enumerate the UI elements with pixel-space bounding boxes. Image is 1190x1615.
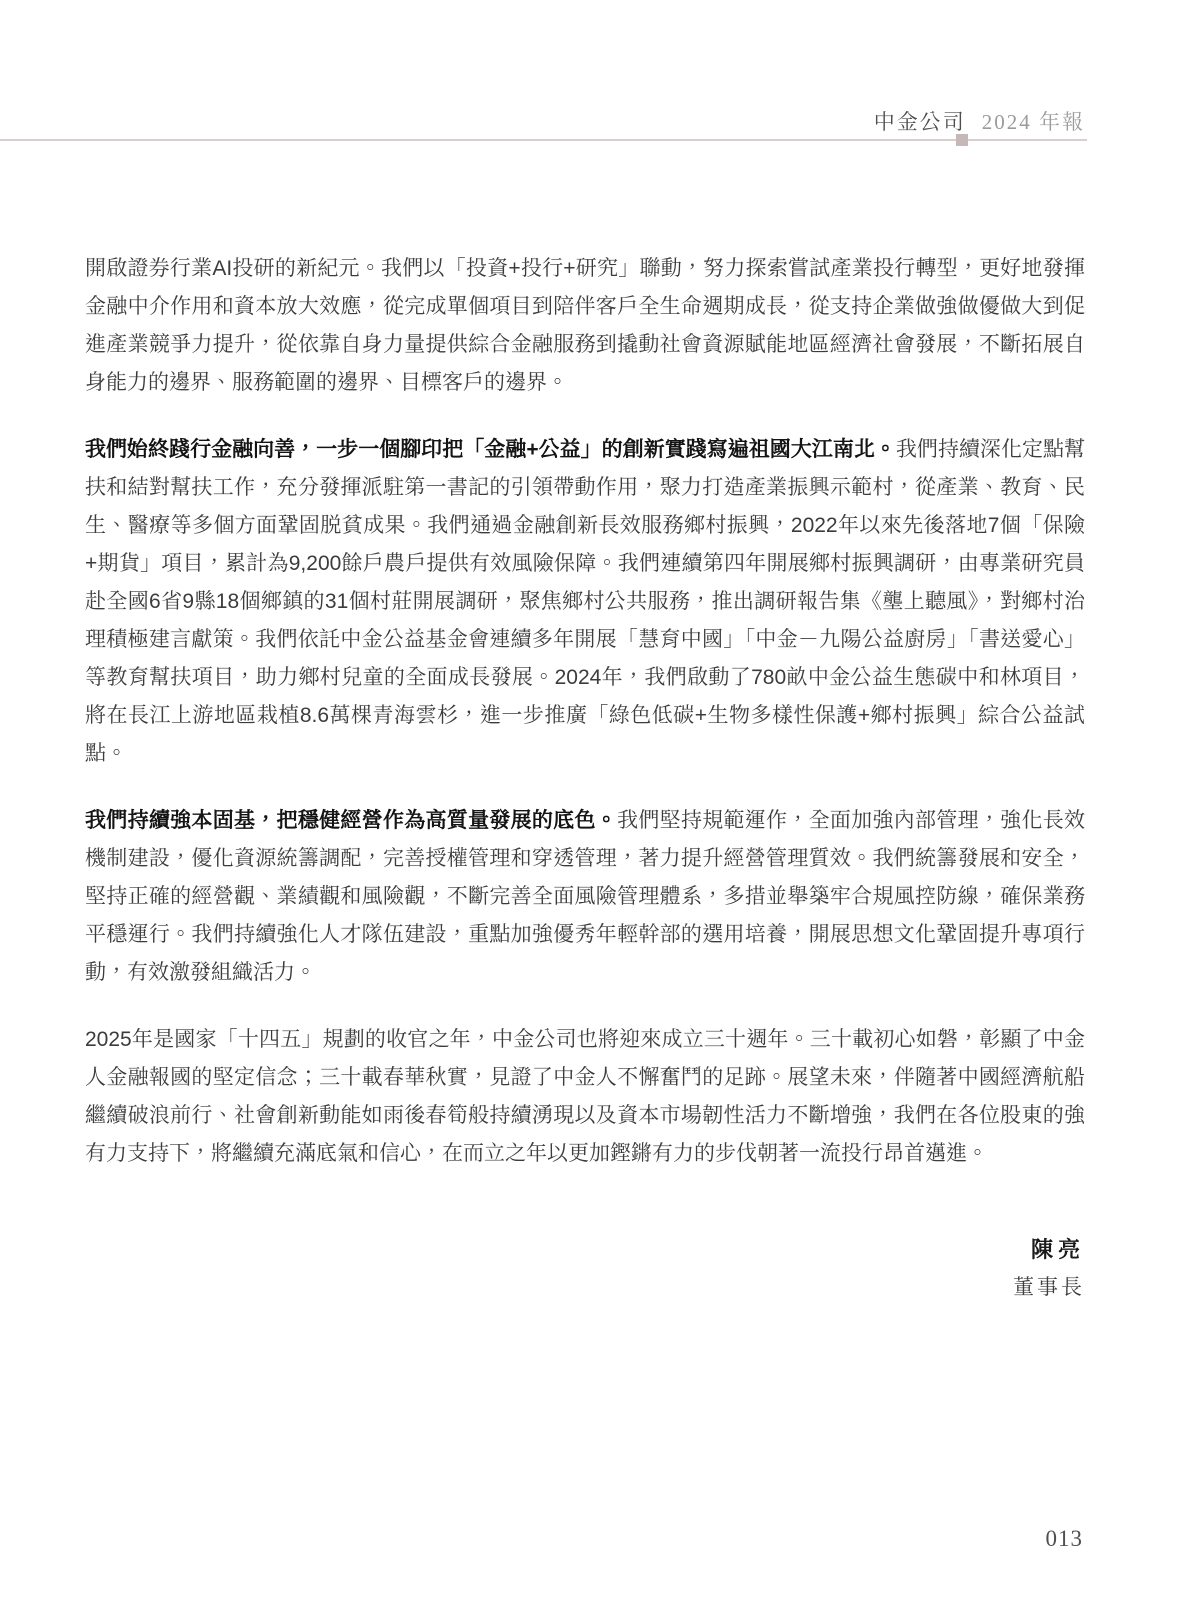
paragraph-lead: 我們始終踐行金融向善，一步一個腳印把「金融+公益」的創新實踐寫遍祖國大江南北。 — [85, 438, 896, 461]
signature-block: 陳亮 董事長 — [85, 1231, 1085, 1307]
paragraph-lead: 我們持續強本固基，把穩健經營作為高質量發展的底色。 — [85, 809, 617, 832]
header-company-name: 中金公司 — [874, 110, 966, 134]
chairman-title: 董事長 — [85, 1269, 1085, 1307]
annual-report-page: 中金公司2024 年報 開啟證券行業AI投研的新紀元。我們以「投資+投行+研究」… — [0, 0, 1190, 1615]
paragraph-body: 開啟證券行業AI投研的新紀元。我們以「投資+投行+研究」聯動，努力探索嘗試產業投… — [85, 257, 1085, 394]
page-number: 013 — [1046, 1526, 1084, 1552]
paragraph-solid-foundation: 我們持續強本固基，把穩健經營作為高質量發展的底色。我們堅持規範運作，全面加強內部… — [85, 802, 1085, 992]
header-rule-square-marker — [956, 134, 968, 146]
letter-body: 開啟證券行業AI投研的新紀元。我們以「投資+投行+研究」聯動，努力探索嘗試產業投… — [85, 250, 1085, 1307]
paragraph-body: 2025年是國家「十四五」規劃的收官之年，中金公司也將迎來成立三十週年。三十載初… — [85, 1028, 1085, 1165]
running-header: 中金公司2024 年報 — [874, 106, 1085, 136]
paragraph-body: 我們堅持規範運作，全面加強內部管理，強化長效機制建設，優化資源統籌調配，完善授權… — [85, 809, 1085, 984]
paragraph-ai-research: 開啟證券行業AI投研的新紀元。我們以「投資+投行+研究」聯動，努力探索嘗試產業投… — [85, 250, 1085, 402]
chairman-name: 陳亮 — [85, 1231, 1085, 1269]
header-rule-line — [0, 139, 1087, 141]
header-report-year: 2024 年報 — [982, 110, 1085, 134]
paragraph-finance-for-good: 我們始終踐行金融向善，一步一個腳印把「金融+公益」的創新實踐寫遍祖國大江南北。我… — [85, 431, 1085, 773]
paragraph-outlook-2025: 2025年是國家「十四五」規劃的收官之年，中金公司也將迎來成立三十週年。三十載初… — [85, 1021, 1085, 1173]
paragraph-body: 我們持續深化定點幫扶和結對幫扶工作，充分發揮派駐第一書記的引領帶動作用，聚力打造… — [85, 438, 1085, 765]
